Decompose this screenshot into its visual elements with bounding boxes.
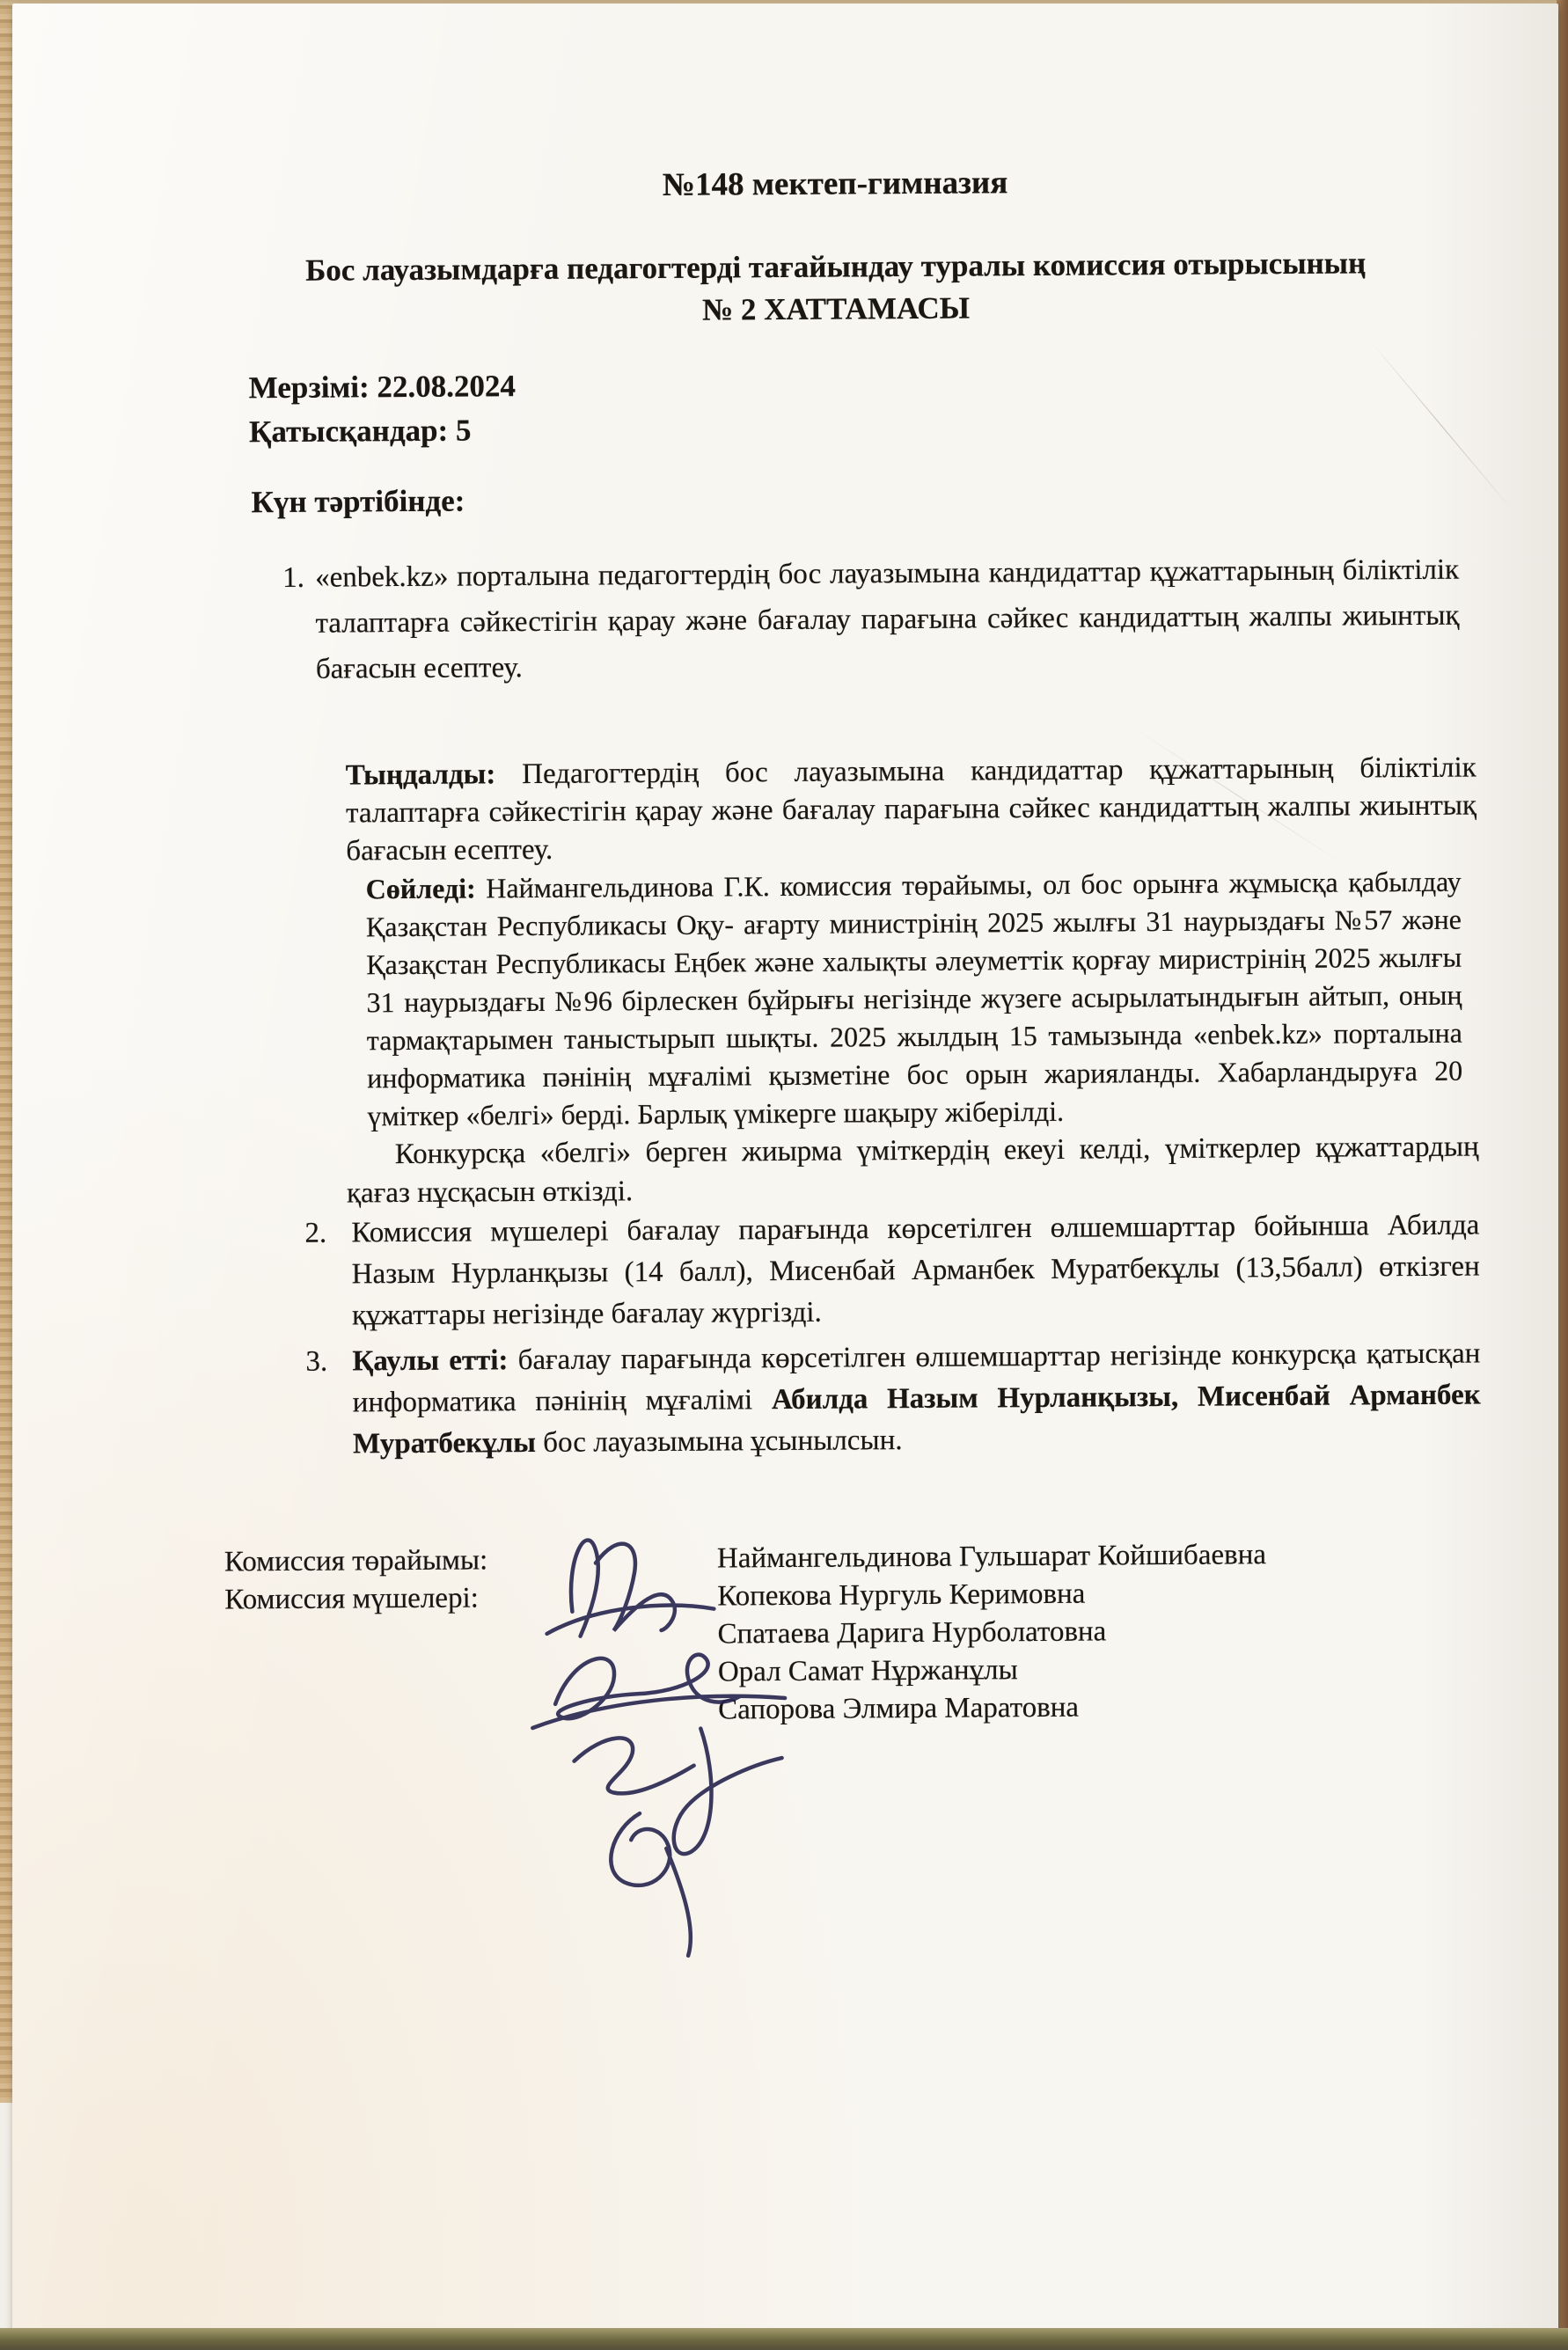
members-label: Комиссия мүшелері: bbox=[224, 1578, 717, 1620]
document-photo: №148 мектеп-гимназия Бос лауазымдарға пе… bbox=[0, 0, 1568, 2350]
resolution-label: Қаулы етті: bbox=[352, 1344, 508, 1377]
protocol-document: №148 мектеп-гимназия Бос лауазымдарға пе… bbox=[0, 0, 1568, 2350]
heard-label: Тыңдалды: bbox=[346, 758, 496, 791]
agenda-item-1-number: 1. bbox=[282, 555, 304, 601]
agenda-item-3-number: 3. bbox=[305, 1342, 327, 1383]
signer-name: Орал Самат Нұржанұлы bbox=[718, 1649, 1475, 1692]
agenda-item-1: 1. «enbek.kz» порталына педагогтердің бо… bbox=[0, 546, 1565, 694]
meta-block: Мерзімі: 22.08.2024 Қатысқандар: 5 bbox=[248, 357, 1564, 454]
school-title: №148 мектеп-гимназия bbox=[126, 159, 1544, 209]
participants-line: Қатысқандар: 5 bbox=[249, 401, 1564, 454]
agenda-item-3: 3. Қаулы етті: бағалау парағында көрсеті… bbox=[2, 1333, 1568, 1468]
empty-label bbox=[225, 1692, 718, 1733]
agenda-item-2-text: Комиссия мүшелері бағалау парағында көрс… bbox=[351, 1204, 1480, 1336]
signer-name: Спатаева Дарига Нурболатовна bbox=[717, 1611, 1474, 1654]
agenda-item-2: 2. Комиссия мүшелері бағалау парағында к… bbox=[1, 1204, 1568, 1339]
spoke-text: Наймангельдинова Г.К. комиссия төрайымы,… bbox=[366, 866, 1462, 1132]
resolution-text-after: бос лауазымына ұсынылсын. bbox=[536, 1424, 903, 1459]
signer-name: Сапорова Элмира Маратовна bbox=[718, 1687, 1475, 1730]
heard-paragraph: Тыңдалды: Педагогтердің бос лауазымына к… bbox=[346, 750, 1477, 871]
contest-paragraph: Конкурсқа «белгі» берген жиырма үміткерд… bbox=[347, 1127, 1480, 1212]
spoke-paragraph: Сөйледі: Наймангельдинова Г.К. комиссия … bbox=[366, 863, 1463, 1136]
signature-block: Комиссия төрайымы: Наймангельдинова Гуль… bbox=[224, 1535, 1475, 1733]
agenda-item-3-text: Қаулы етті: бағалау парағында көрсетілге… bbox=[352, 1333, 1481, 1465]
handwritten-signature bbox=[574, 1728, 782, 1855]
chair-label: Комиссия төрайымы: bbox=[224, 1541, 717, 1582]
signature-row: Сапорова Элмира Маратовна bbox=[225, 1687, 1475, 1733]
empty-label bbox=[224, 1616, 717, 1658]
spoke-label: Сөйледі: bbox=[366, 872, 476, 904]
empty-label bbox=[225, 1654, 718, 1695]
handwritten-signature bbox=[611, 1813, 691, 1957]
agenda-item-2-number: 2. bbox=[304, 1213, 326, 1255]
heard-text: Педагогтердің бос лауазымына кандидаттар… bbox=[346, 752, 1476, 868]
page-tilt-wrapper: №148 мектеп-гимназия Бос лауазымдарға пе… bbox=[0, 0, 1568, 2350]
agenda-item-1-text: «enbek.kz» порталына педагогтердің бос л… bbox=[315, 547, 1460, 692]
agenda-heading: Күн тәртібінде: bbox=[251, 473, 1564, 523]
signer-name: Копекова Нургуль Керимовна bbox=[717, 1573, 1474, 1616]
protocol-title-block: Бос лауазымдарға педагогтерді тағайындау… bbox=[127, 241, 1546, 335]
signer-name: Наймангельдинова Гульшарат Койшибаевна bbox=[717, 1535, 1474, 1578]
